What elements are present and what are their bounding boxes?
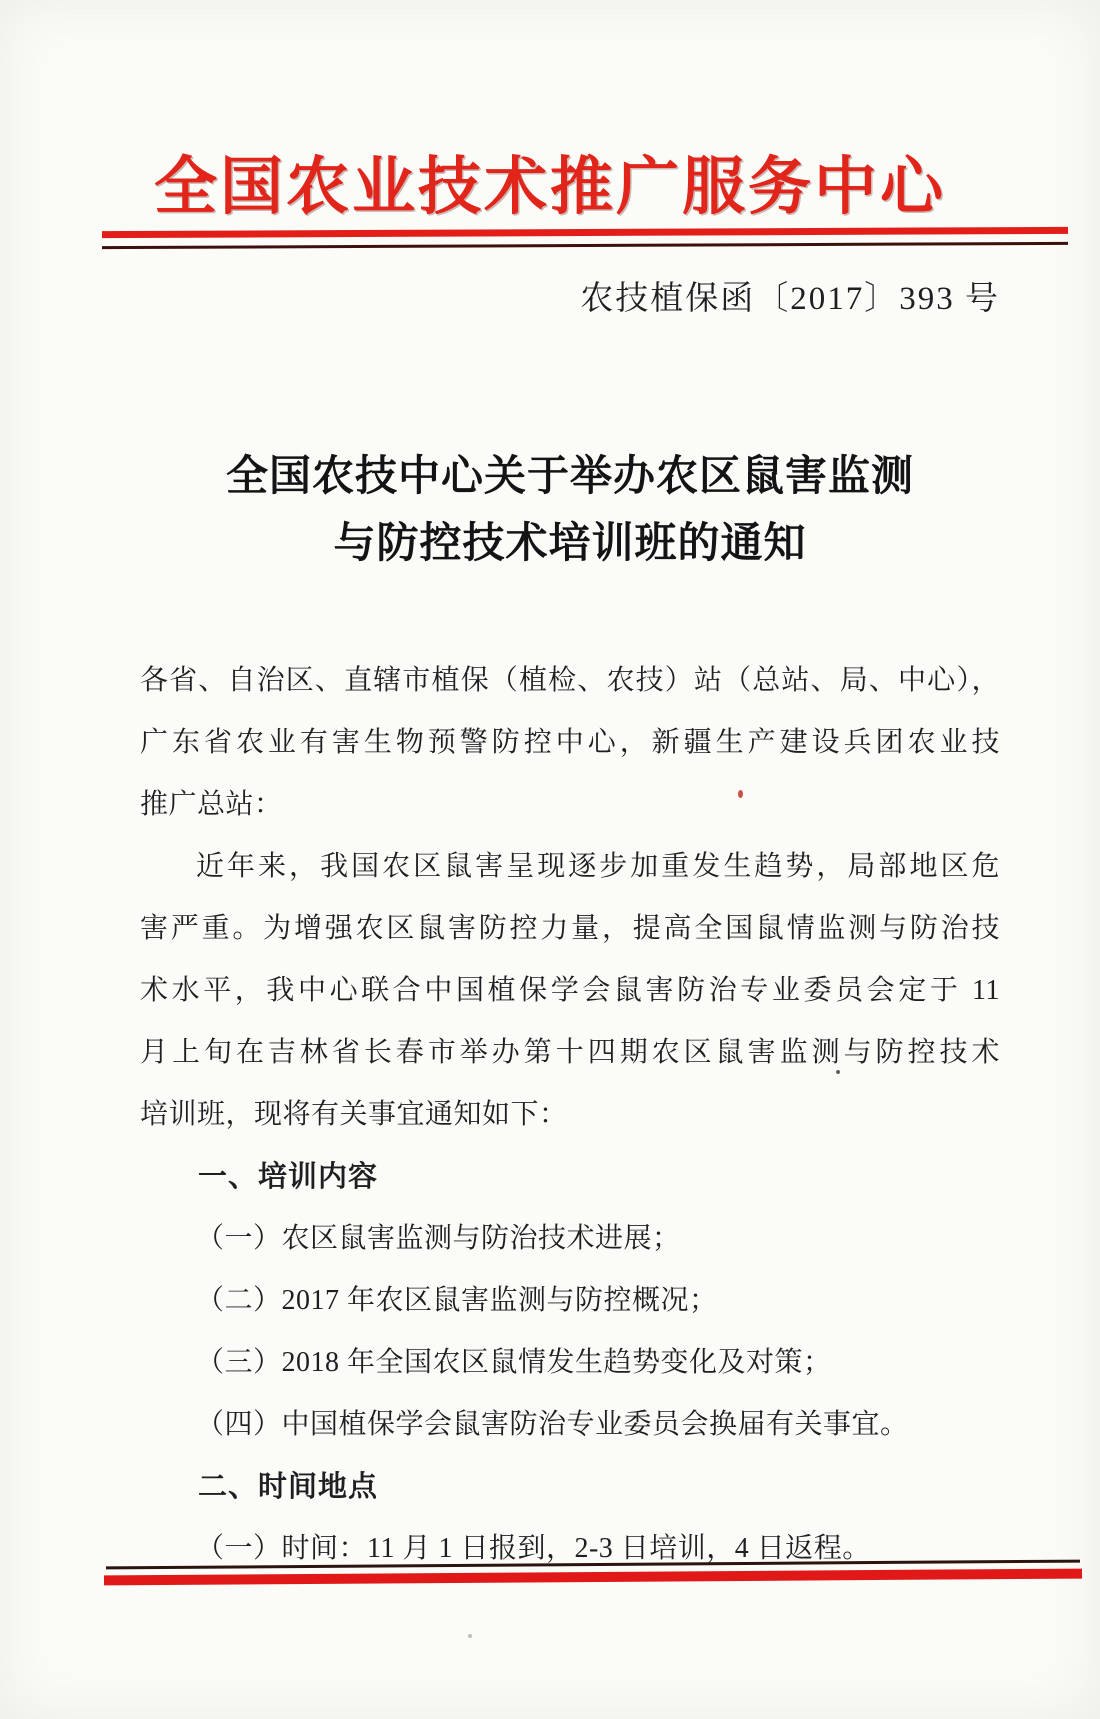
salutation-line: 各省、自治区、直辖市植保（植检、农技）站（总站、局、中心）， [140, 650, 1000, 712]
salutation-line: 推广总站： [140, 774, 1000, 836]
document-body: 各省、自治区、直辖市植保（植检、农技）站（总站、局、中心）， 广东省农业有害生物… [140, 650, 1000, 1580]
letterhead-rule-dark [102, 242, 1068, 249]
section-heading-training-content: 一、培训内容 [140, 1146, 1000, 1208]
letterhead-rule-red [102, 227, 1068, 238]
scan-speck [738, 790, 743, 798]
paragraph-line: 术水平，我中心联合中国植保学会鼠害防治专业委员会定于 11 [140, 960, 1000, 1022]
paragraph-line: 近年来，我国农区鼠害呈现逐步加重发生趋势，局部地区危 [140, 836, 1000, 898]
paragraph-line: 培训班，现将有关事宜通知如下： [140, 1084, 1000, 1146]
letterhead-title: 全国农业技术推广服务中心 [0, 136, 1100, 227]
scan-speck [836, 1070, 840, 1074]
document-title-line-1: 全国农技中心关于举办农区鼠害监测 [140, 444, 1000, 511]
list-item: （一）农区鼠害监测与防治技术进展； [140, 1208, 1000, 1270]
document-title-line-2: 与防控技术培训班的通知 [140, 511, 1000, 578]
scanned-official-document: 全国农业技术推广服务中心 农技植保函〔2017〕393 号 全国农技中心关于举办… [0, 0, 1100, 1719]
list-item: （四）中国植保学会鼠害防治专业委员会换届有关事宜。 [140, 1394, 1000, 1456]
document-number: 农技植保函〔2017〕393 号 [580, 272, 1000, 319]
scan-speck [468, 1634, 472, 1638]
section-heading-time-place: 二、时间地点 [140, 1456, 1000, 1518]
list-item: （三）2018 年全国农区鼠情发生趋势变化及对策； [140, 1332, 1000, 1394]
paragraph-line: 月上旬在吉林省长春市举办第十四期农区鼠害监测与防控技术 [140, 1022, 1000, 1084]
salutation-line: 广东省农业有害生物预警防控中心，新疆生产建设兵团农业技 [140, 712, 1000, 774]
list-item: （二）2017 年农区鼠害监测与防控概况； [140, 1270, 1000, 1332]
paragraph-line: 害严重。为增强农区鼠害防控力量，提高全国鼠情监测与防治技 [140, 898, 1000, 960]
document-title: 全国农技中心关于举办农区鼠害监测 与防控技术培训班的通知 [140, 444, 1000, 578]
